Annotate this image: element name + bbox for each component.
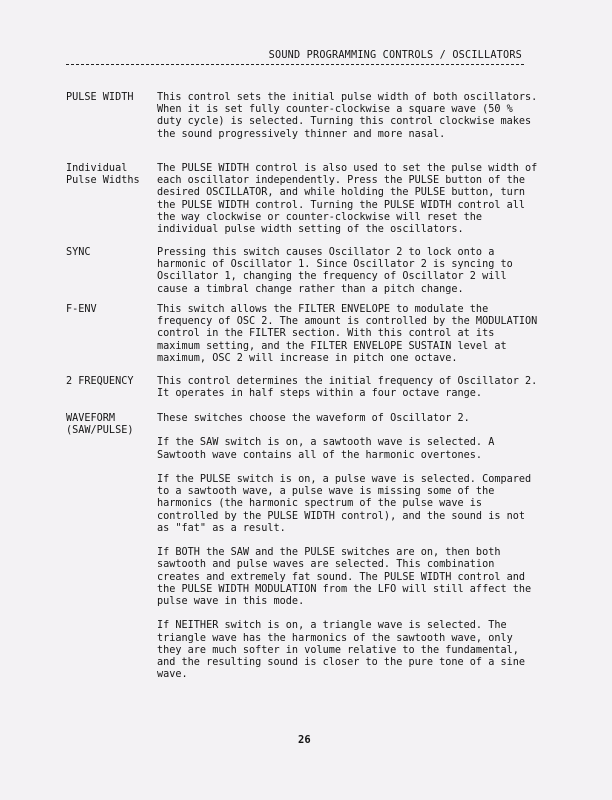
- paragraph: This control determines the initial freq…: [157, 376, 542, 400]
- paragraph: If the SAW switch is on, a sawtooth wave…: [157, 437, 542, 461]
- term-label: PULSE WIDTH: [66, 92, 156, 104]
- term-label: WAVEFORM (SAW/PULSE): [66, 413, 156, 437]
- paragraph: These switches choose the waveform of Os…: [157, 413, 542, 425]
- term-description: This switch allows the FILTER ENVELOPE t…: [157, 304, 542, 365]
- paragraph: If NEITHER switch is on, a triangle wave…: [157, 620, 542, 681]
- paragraph: If the PULSE switch is on, a pulse wave …: [157, 474, 542, 535]
- term-label: 2 FREQUENCY: [66, 376, 156, 388]
- page-number: 26: [298, 734, 311, 746]
- paragraph: This switch allows the FILTER ENVELOPE t…: [157, 304, 542, 365]
- term-description: Pressing this switch causes Oscillator 2…: [157, 247, 542, 296]
- term-description: These switches choose the waveform of Os…: [157, 413, 542, 681]
- term-label: SYNC: [66, 247, 156, 259]
- term-description: The PULSE WIDTH control is also used to …: [157, 163, 542, 236]
- dashed-divider: [66, 64, 524, 65]
- running-header: SOUND PROGRAMMING CONTROLS / OSCILLATORS: [269, 50, 522, 61]
- term-description: This control determines the initial freq…: [157, 376, 542, 400]
- paragraph: The PULSE WIDTH control is also used to …: [157, 163, 542, 236]
- paragraph: This control sets the initial pulse widt…: [157, 92, 542, 141]
- term-label: Individual Pulse Widths: [66, 163, 156, 187]
- term-description: This control sets the initial pulse widt…: [157, 92, 542, 141]
- term-label: F-ENV: [66, 304, 156, 316]
- paragraph: If BOTH the SAW and the PULSE switches a…: [157, 547, 542, 608]
- paragraph: Pressing this switch causes Oscillator 2…: [157, 247, 542, 296]
